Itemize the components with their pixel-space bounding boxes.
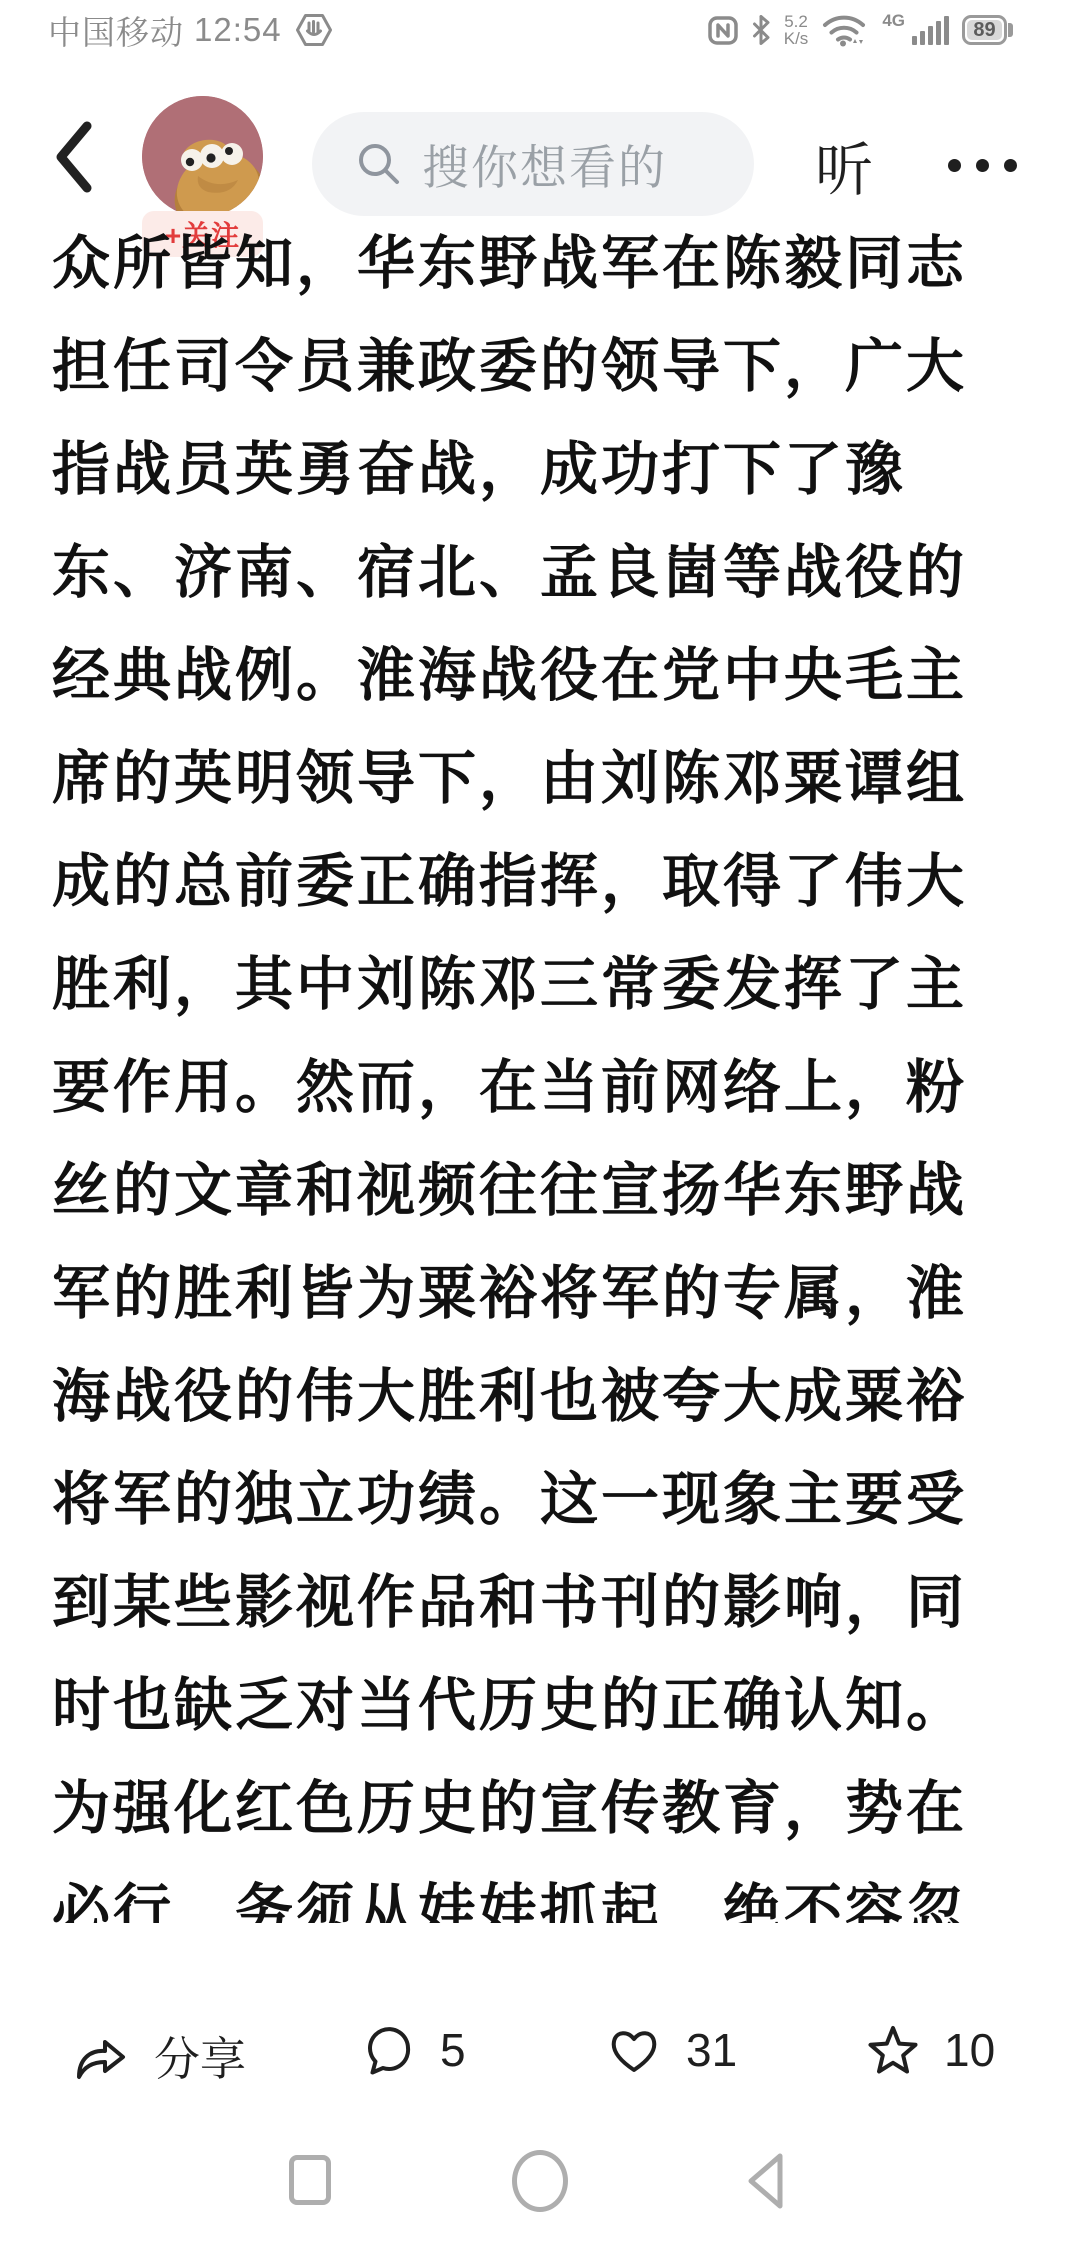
triangle-left-icon xyxy=(742,2150,790,2212)
article-line: 必行，务须从娃娃抓起，绝不容忽 xyxy=(52,1860,1032,1923)
star-outline-icon xyxy=(866,2024,920,2076)
status-bar: 中国移动 12:54 xyxy=(0,0,1080,60)
share-arrow-icon xyxy=(72,2029,130,2083)
header-bar: +关注 搜你想看的 听 xyxy=(0,60,1080,230)
share-label: 分享 xyxy=(154,2023,246,2089)
article-line: 指战员英勇奋战，成功打下了豫 xyxy=(52,418,1032,521)
article-line: 担任司令员兼政委的领导下，广大 xyxy=(52,315,1032,418)
wifi-icon xyxy=(821,12,869,48)
back-button[interactable] xyxy=(48,118,100,196)
article-text: 众所皆知，华东野战军在陈毅同志担任司令员兼政委的领导下，广大指战员英勇奋战，成功… xyxy=(52,212,1032,1923)
nfc-icon xyxy=(708,16,738,45)
comment-count: 5 xyxy=(440,2023,466,2077)
search-input[interactable]: 搜你想看的 xyxy=(312,112,754,216)
chevron-left-icon xyxy=(53,120,95,194)
listen-button[interactable]: 听 xyxy=(804,120,884,210)
comment-button[interactable]: 5 xyxy=(362,2023,466,2077)
article-line: 丝的文章和视频往往宣扬华东野战 xyxy=(52,1139,1032,1242)
article-line: 为强化红色历史的宣传教育，势在 xyxy=(52,1757,1032,1860)
status-left: 中国移动 12:54 xyxy=(48,0,332,60)
more-menu-button[interactable] xyxy=(930,120,1034,210)
article-line: 东、济南、宿北、孟良崮等战役的 xyxy=(52,521,1032,624)
article-line: 到某些影视作品和书刊的影响，同 xyxy=(52,1551,1032,1654)
system-nav-bar xyxy=(0,2110,1080,2244)
article-line: 要作用。然而，在当前网络上，粉 xyxy=(52,1036,1032,1139)
avatar-creature-icon xyxy=(142,96,263,217)
hand-in-hexagon-icon xyxy=(296,13,332,47)
status-right: 5.2 K/s 4G 89 xyxy=(708,0,1014,60)
article-line: 席的英明领导下，由刘陈邓粟谭组 xyxy=(52,727,1032,830)
article-scroll-area[interactable]: 众所皆知，华东野战军在陈毅同志担任司令员兼政委的领导下，广大指战员英勇奋战，成功… xyxy=(0,212,1080,1923)
three-dots-icon xyxy=(948,159,1017,172)
bluetooth-icon xyxy=(751,15,771,45)
favorite-button[interactable]: 10 xyxy=(866,2023,995,2077)
like-button[interactable]: 31 xyxy=(606,2023,737,2077)
speed-unit: K/s xyxy=(784,30,809,47)
article-line: 将军的独立功绩。这一现象主要受 xyxy=(52,1448,1032,1551)
recents-button[interactable] xyxy=(289,2155,331,2205)
article-line: 时也缺乏对当代历史的正确认知。 xyxy=(52,1654,1032,1757)
magnifier-icon xyxy=(356,141,402,187)
network-speed: 5.2 K/s xyxy=(784,13,809,47)
battery-level: 89 xyxy=(967,20,1002,40)
bottom-action-bar: 分享 5 31 10 xyxy=(0,1923,1080,2110)
article-line: 胜利，其中刘陈邓三常委发挥了主 xyxy=(52,933,1032,1036)
article-line: 军的胜利皆为粟裕将军的专属，淮 xyxy=(52,1242,1032,1345)
speed-value: 5.2 xyxy=(784,13,808,30)
avatar[interactable] xyxy=(142,96,263,217)
home-button[interactable] xyxy=(512,2150,568,2212)
clock: 12:54 xyxy=(194,11,282,49)
search-placeholder: 搜你想看的 xyxy=(422,131,667,198)
network-type-label: 4G xyxy=(882,12,905,29)
signal-bars-icon xyxy=(912,15,949,45)
article-line: 众所皆知，华东野战军在陈毅同志 xyxy=(52,212,1032,315)
article-line: 经典战例。淮海战役在党中央毛主 xyxy=(52,624,1032,727)
phone-screen: 中国移动 12:54 xyxy=(0,0,1080,2244)
carrier-label: 中国移动 xyxy=(48,7,184,54)
like-count: 31 xyxy=(686,2023,737,2077)
article-line: 成的总前委正确指挥，取得了伟大 xyxy=(52,830,1032,933)
share-button[interactable]: 分享 xyxy=(72,2023,246,2089)
heart-outline-icon xyxy=(606,2024,662,2076)
favorite-count: 10 xyxy=(944,2023,995,2077)
nav-back-button[interactable] xyxy=(742,2150,790,2212)
comment-bubble-icon xyxy=(362,2023,416,2077)
article-line: 海战役的伟大胜利也被夸大成粟裕 xyxy=(52,1345,1032,1448)
battery-icon: 89 xyxy=(962,14,1014,46)
